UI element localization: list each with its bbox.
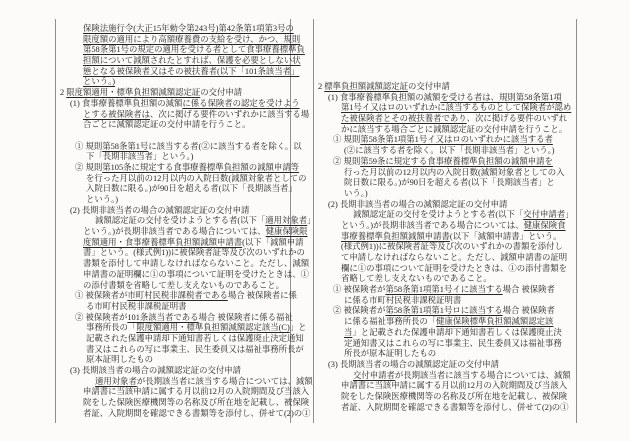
text-segment: 院をした保険医療機関等の名称及び所在地を記載し、被保険 (83, 398, 309, 407)
underlined-text-segment: 101条該当者である (127, 313, 198, 322)
text-line: (2) 長期非該当者の場合の減額認定証の交付申請 (313, 200, 576, 211)
underlined-text-segment: 度額適用・食事療養標準負担額減額申請書 (83, 238, 242, 247)
text-segment: ② 被保険者が (75, 313, 127, 322)
left-text-column: 保険法施行令(大正15年勅令第243号)第42条第1項第3号の限度額の適用により… (55, 24, 290, 419)
text-segment: 」と (290, 323, 307, 332)
text-segment: かに該当する場合ごとに減額認定証の交付申請を行うこと。 (341, 125, 567, 134)
underlined-text-segment: 第58条第1項第1号ロに該当する (385, 306, 502, 315)
text-line: 事療養標準負担額減額申請書(以下「減額申請書」という。 (313, 232, 576, 243)
text-line: (1) 食事療養標準負担額の減額に係る保険者の認定を受けよう (55, 99, 290, 110)
underlined-text-segment: 適用対象者 (265, 216, 307, 225)
text-line: ② 被保険者が101条該当者である場合 被保険者に係る福祉 (55, 313, 290, 324)
column-divider-line (576, 19, 577, 423)
underlined-text-segment: た被保険者とその被扶養者であり (341, 114, 467, 123)
text-line: 院をした保険医療機関等の名称及び所在地を記載し、被保険 (55, 398, 290, 409)
text-segment: という。)が長期非該当者である場合については、 (83, 227, 266, 236)
blank-line (55, 131, 290, 142)
text-line: 適用対象者が長期該当者に該当する場合については、減額 (55, 377, 290, 388)
text-segment: に該当する者(②に該当する者を除く。以 (148, 142, 301, 151)
text-line: という。)が長期非該当者である場合については、健康保険食 (313, 221, 576, 232)
underlined-text-segment: 第58条第1項第1号イ又はロのいずれかに該当する者 (360, 135, 553, 144)
underlined-text-segment: という。) (83, 77, 115, 86)
text-segment: 減額認定証の交付を受けようとする者(以下「 (353, 210, 523, 219)
text-line: 2 標準負担額減額認定証の交付申請 (313, 82, 576, 93)
text-segment: 者証、入院期間を確認できる書類等を添付し、併せて(2)の① (341, 403, 569, 412)
underlined-text-segment: 限度額の適用により高額療養費の支給を受け、かつ、規則 (83, 35, 300, 44)
text-line: (1) 食事療養標準負担額の減額を受ける者は、規則第58条第1項 (313, 93, 576, 104)
text-segment: (様式例1))に被保険者証等及び次のいずれかの書類を添付し (341, 242, 563, 251)
text-segment: 原本証明したもの (86, 355, 153, 364)
text-segment: 」と記載された保護申請却下通知書若しくは保護廃止決 (352, 328, 561, 337)
text-segment: 欄に①の事項について証明を受けたときは、①の添付書類を (341, 264, 567, 273)
text-segment: ② 規則 (75, 163, 102, 172)
text-line: 申請書の証明欄に①の事項について証明を受けたときは、① (55, 270, 290, 281)
text-line: 書又はこれらの写に事業主、民生委員又は福祉事務所長が (55, 345, 290, 356)
text-line: 合ごとに減額認定証の交付申請を行うこと。 (55, 120, 290, 131)
text-line: という。) (55, 77, 290, 88)
underlined-text-segment: 市町村民税非課税者である (127, 291, 228, 300)
text-segment: 事務所長の「 (86, 323, 136, 332)
underlined-text-segment: 第105条に規定する食事療養標準負担額の減額申請等 (102, 163, 299, 172)
text-segment: 定通知書又はこれらの写に事業主、民生委員又は福祉事務 (344, 339, 562, 348)
text-line: (2) 長期非該当者の場合の減額認定証の交付申請 (55, 206, 290, 217)
text-segment: 記載された保護申請却下通知書若しくは保護廃止決定通知 (86, 334, 304, 343)
text-line: 当」と記載された保護申請却下通知書若しくは保護廃止決 (313, 328, 576, 339)
text-segment: という。) (86, 195, 118, 204)
text-line: いう。) (313, 189, 576, 200)
text-segment: (以下「減額申請書」という。 (450, 232, 562, 241)
text-line: ① 規則第58条第1項第1号イ又はロのいずれかに該当する者 (313, 135, 576, 146)
text-line: 定通知書又はこれらの写に事業主、民生委員又は福祉事務 (313, 339, 576, 350)
text-line: 第58条第1号の規定の適用を受ける者として食事療養標準負 (55, 45, 290, 56)
underlined-text-segment: 第58条第1号の規定の適用を受ける者として食事療養標準負 (83, 45, 305, 54)
text-line: ① 被保険者が第58条第1項第1号イに該当する場合 被保険者 (313, 285, 576, 296)
text-segment: 書」という。(様式例1))に被保険者証等及び次のいずれかの (83, 248, 305, 257)
underlined-text-segment: を受ける者は、規則第58条第1項 (440, 93, 561, 102)
text-segment: を行った月以前の12月以内の入院日数(減額対象者としての (86, 174, 307, 183)
text-segment: る市町村民税非課税証明書 (86, 302, 187, 311)
text-segment: て申請しなければならないこと。ただし、減額申請書の証明 (341, 253, 567, 262)
text-line: の添付書類を省略して差し支えないものであること。 (55, 281, 290, 292)
text-segment: (1) 食事療養標準負担額の減額 (70, 99, 182, 108)
text-line: る市町村民税非課税証明書 (55, 302, 290, 313)
underlined-text-segment: 健康保険標準負担額減額認定該 (436, 317, 553, 326)
text-segment: 場合 被保険者 (503, 285, 555, 294)
text-segment: 院日数に限る。)が90日を超える者(以下「長期該当者」と (344, 178, 555, 187)
underlined-text-segment: 交付申請者 (353, 371, 395, 380)
text-segment: 行った月以前の12月以内の入院日数(減額対象者としての入 (344, 168, 565, 177)
text-segment: (2) 長期非該当者の場合の減額認定証の交付申請 (70, 206, 249, 215)
text-segment: 」 (565, 210, 573, 219)
text-segment: が長期該当者に該当する場合については、減額 (137, 377, 313, 386)
text-segment: の交付申請 (408, 82, 450, 91)
text-segment: 書類を添付して申請しなければならないこと。ただし、減額 (83, 259, 309, 268)
text-line: た被保険者とその被扶養者であり、次に掲げる要件のいずれ (313, 114, 576, 125)
underlined-text-segment: に係る保険者の認定を受けよう (182, 99, 299, 108)
text-segment: (②に該当する者を除く。以下「長期非該当者」という。) (344, 146, 555, 155)
text-segment: ① 規則 (75, 142, 102, 151)
text-line: に係る福祉事務所長の「健康保険標準負担額減額認定該 (313, 317, 576, 328)
underlined-text-segment: 担額について減額されたとすれば、保護を必要としない状 (83, 56, 301, 65)
text-segment: 場合 被保険者に係 (228, 291, 297, 300)
text-segment: に係る市町村民税非課税証明書 (344, 296, 461, 305)
text-line: ② 規則第59条に規定する食事療養標準負担額の減額申請を (313, 157, 576, 168)
text-line: ② 被保険者が第58条第1項第1号ロに該当する場合 被保険者 (313, 306, 576, 317)
underlined-text-segment: 第58条第1号 (102, 142, 148, 151)
text-line: 院日数に限る。)が90日を超える者(以下「長期該当者」と (313, 178, 576, 189)
text-line: という。)が長期非該当者である場合については、健康保険限 (55, 227, 290, 238)
text-segment: 、次に掲げる要件のいずれかに該当する場 (150, 110, 309, 119)
text-line: 度額適用・食事療養標準負担額減額申請書(以下「減額申請 (55, 238, 290, 249)
text-segment: ① 被保険者が (75, 291, 127, 300)
text-line: 限度額の適用により高額療養費の支給を受け、かつ、規則 (55, 35, 290, 46)
text-line: ① 被保険者が市町村民税非課税者である場合 被保険者に係 (55, 291, 290, 302)
text-line: ① 規則第58条第1号に該当する者(②に該当する者を除く。以 (55, 142, 290, 153)
text-line: 欄に①の事項について証明を受けたときは、①の添付書類を (313, 264, 576, 275)
text-line: 担額について減額されたとすれば、保護を必要としない状 (55, 56, 290, 67)
text-line: 申請書に当該申請に属する月以前12月の入院期間及び当該入 (55, 387, 290, 398)
text-segment: 申請書に当該申請に属する月以前12月の入院期間及び当該入 (341, 381, 567, 390)
text-segment: (1) 食事療養標準負担額の減額 (328, 93, 440, 102)
text-segment: 申請書に当該申請に属する月以前12月の入院期間及び当該入 (83, 387, 309, 396)
text-line: 下「長期非該当者」という。) (55, 152, 290, 163)
text-line: 減額認定証の交付を受けようとする者(以下「交付申請者」 (313, 210, 576, 221)
text-line: て申請しなければならないこと。ただし、減額申請書の証明 (313, 253, 576, 264)
text-segment: に係る福祉事務所長の「 (344, 317, 436, 326)
text-line: とする被保険者は、次に掲げる要件のいずれかに該当する場 (55, 110, 290, 121)
text-line: 2 限度額適用・標準負担額減額認定証の交付申請 (55, 88, 290, 99)
text-segment: という。)が長期非該当者である場合については、 (341, 221, 524, 230)
underlined-text-segment: 事療養標準負担額減額申請書 (341, 232, 450, 241)
text-line: 交付申請者が長期該当者に該当する場合については、減額 (313, 371, 576, 382)
underlined-text-segment: とする被保険者は (83, 110, 150, 119)
text-segment: ① 規則 (333, 135, 360, 144)
scanned-document-page: 保険法施行令(大正15年勅令第243号)第42条第1項第3号の限度額の適用により… (0, 0, 630, 441)
text-line: に係る市町村民税非課税証明書 (313, 296, 576, 307)
text-segment: 入院日数に限る。)が90日を超える者(以下「長期該当者」 (86, 184, 297, 193)
underlined-text-segment: 健康保険食 (524, 221, 566, 230)
text-line: 減額認定証の交付を受けようとする者(以下「適用対象者」 (55, 216, 290, 227)
text-segment: の交付申請 (200, 88, 242, 97)
text-segment: 申請書の証明欄に①の事項について証明を受けたときは、① (83, 270, 309, 279)
text-line: ② 規則第105条に規定する食事療養標準負担額の減額申請等 (55, 163, 290, 174)
text-segment: (3) 長期該当者の場合の減額認定証の交付申請 (70, 366, 241, 375)
text-segment: (以下「減額申請 (242, 238, 303, 247)
text-line: (3) 長期該当者の場合の減額認定証の交付申請 (55, 366, 290, 377)
text-line: 者証、入院期間を確認できる書類等を添付し、併せて(2)の① (55, 409, 290, 420)
underlined-text-segment: 第58条第1項第1号イに該当する (385, 285, 502, 294)
text-segment: ① 被保険者が (333, 285, 385, 294)
underlined-text-segment: 適用対象者 (95, 377, 137, 386)
underlined-text-segment: 交付申請者 (523, 210, 565, 219)
text-segment: 院をした保険医療機関等の名称及び所在地を記載し、被保険 (341, 392, 567, 401)
text-segment: いう。) (344, 189, 368, 198)
underlined-text-segment: 限度額適用・標準負担額減額認定証 (66, 88, 200, 97)
underlined-text-segment: 限度額適用・標準負担額減額認定該当(C) (136, 323, 290, 332)
underlined-text-segment: 態となる被保険者又はその被扶養者(以下「101条該当者」 (83, 67, 299, 76)
text-segment: 所長が原本証明したもの (344, 349, 436, 358)
text-line: 事務所長の「限度額適用・標準負担額減額認定該当(C)」と (55, 323, 290, 334)
text-segment: 場合 被保険者 (503, 306, 555, 315)
text-segment: 、次に掲げる要件のいずれ (467, 114, 568, 123)
text-line: 記載された保護申請却下通知書若しくは保護廃止決定通知 (55, 334, 290, 345)
text-line: (②に該当する者を除く。以下「長期非該当者」という。) (313, 146, 576, 157)
underlined-text-segment: 第59条に規定する食事療養標準負担額の減額申請を (360, 157, 553, 166)
right-text-column: 2 標準負担額減額認定証の交付申請(1) 食事療養標準負担額の減額を受ける者は、… (313, 24, 576, 413)
text-segment: 下「長期非該当者」という。) (86, 152, 193, 161)
text-line: 書」という。(様式例1))に被保険者証等及び次のいずれかの (55, 248, 290, 259)
text-segment: 場合 被保険者に係る福祉 (199, 313, 293, 322)
text-segment: 合ごとに減額認定証の交付申請を行うこと。 (83, 120, 251, 129)
text-segment: が長期該当者に該当する場合については、減額 (395, 371, 571, 380)
text-line: 入院日数に限る。)が90日を超える者(以下「長期該当者」 (55, 184, 290, 195)
text-segment: 減額認定証の交付を受けようとする者(以下「 (95, 216, 265, 225)
text-line: 行った月以前の12月以内の入院日数(減額対象者としての入 (313, 168, 576, 179)
text-line: かに該当する場合ごとに減額認定証の交付申請を行うこと。 (313, 125, 576, 136)
text-line: という。) (55, 195, 290, 206)
text-segment: (2) 長期非該当者の場合の減額認定証の交付申請 (328, 200, 507, 209)
text-segment: 者証、入院期間を確認できる書類等を添付し、併せて(2)の① (83, 409, 311, 418)
text-line: 第1号イ又はロのいずれかに該当するものとして保険者が認め (313, 103, 576, 114)
text-line: (様式例1))に被保険者証等及び次のいずれかの書類を添付し (313, 242, 576, 253)
text-line: 者証、入院期間を確認できる書類等を添付し、併せて(2)の① (313, 403, 576, 414)
text-segment: 省略して差し支えないものであること。 (341, 274, 492, 283)
text-segment: ② 被保険者が (333, 306, 385, 315)
underlined-text-segment: 第1号イ又はロのいずれかに該当するものとして保険者が認め (341, 103, 571, 112)
text-line: 原本証明したもの (55, 355, 290, 366)
underlined-text-segment: 標準負担額減額認定証 (324, 82, 408, 91)
text-segment: ② 規則 (333, 157, 360, 166)
text-line: 所長が原本証明したもの (313, 349, 576, 360)
text-line: 保険法施行令(大正15年勅令第243号)第42条第1項第3号の (55, 24, 290, 35)
text-line: 書類を添付して申請しなければならないこと。ただし、減額 (55, 259, 290, 270)
underlined-text-segment: 健康保険限 (266, 227, 308, 236)
text-line: 態となる被保険者又はその被扶養者(以下「101条該当者」 (55, 67, 290, 78)
text-line: 省略して差し支えないものであること。 (313, 274, 576, 285)
text-line: 院をした保険医療機関等の名称及び所在地を記載し、被保険 (313, 392, 576, 403)
text-segment: の添付書類を省略して差し支えないものであること。 (83, 281, 284, 290)
text-line: を行った月以前の12月以内の入院日数(減額対象者としての (55, 174, 290, 185)
underlined-text-segment: 保険法施行令(大正15年勅令第243号)第42条第1項第3号の (83, 24, 294, 33)
text-segment: (3) 長期該当者の場合の減額認定証の交付申請 (328, 360, 499, 369)
text-segment: 書又はこれらの写に事業主、民生委員又は福祉事務所長が (86, 345, 304, 354)
text-line: 申請書に当該申請に属する月以前12月の入院期間及び当該入 (313, 381, 576, 392)
text-line: (3) 長期該当者の場合の減額認定証の交付申請 (313, 360, 576, 371)
